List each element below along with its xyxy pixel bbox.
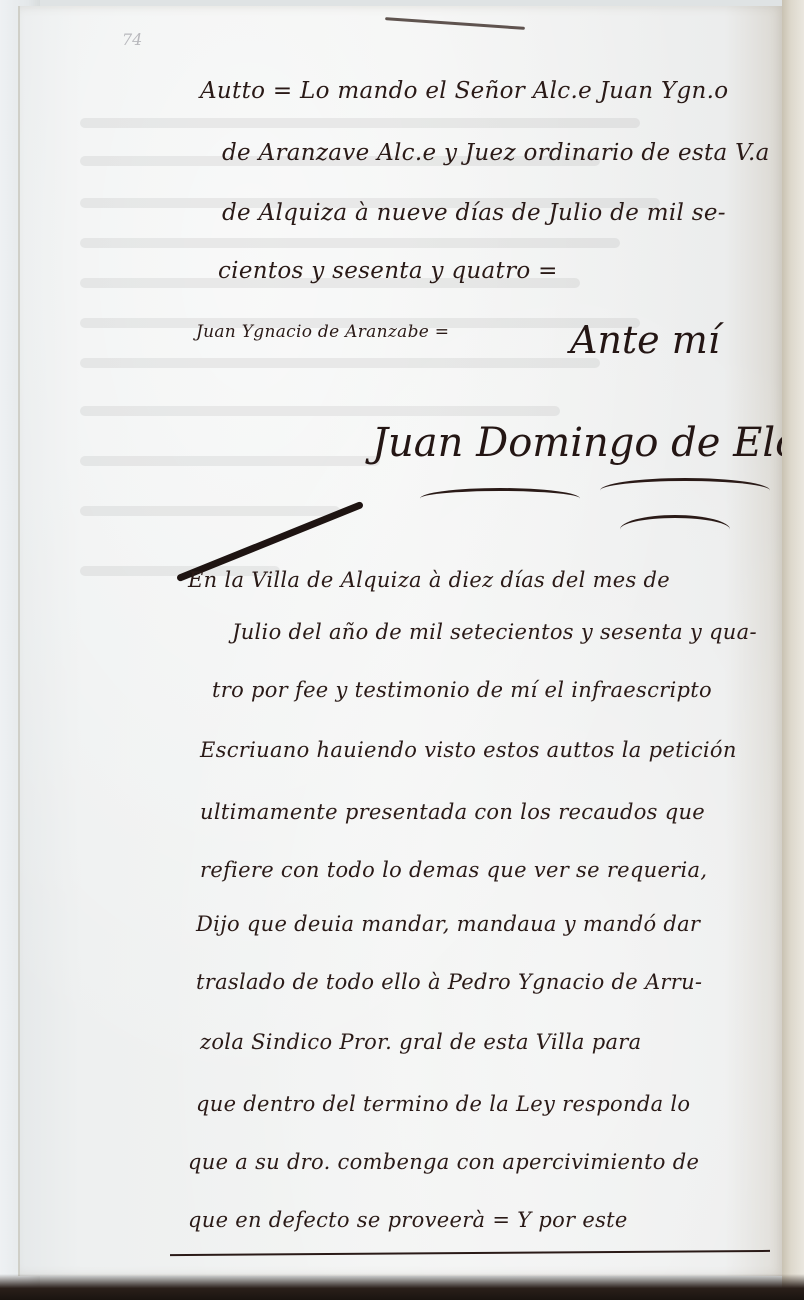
signature-flourish [420,488,580,509]
folio-number: 74 [122,30,142,49]
binding-edge [782,0,804,1300]
signature-rubric [620,515,730,544]
page-bottom-edge [0,1274,804,1300]
main-line-7: Dijo que deuia mandar, mandaua y mandó d… [196,912,700,936]
main-line-2: Julio del año de mil setecientos y sesen… [232,620,757,644]
main-line-3: tro por fee y testimonio de mí el infrae… [212,678,712,702]
main-line-1: En la Villa de Alquiza à diez días del m… [188,568,670,592]
signature-ante-mi: Ante mí [570,318,720,362]
main-line-11: que a su dro. combenga con apercivimient… [188,1150,699,1174]
main-line-6: refiere con todo lo demas que ver se req… [200,858,707,882]
signer-alcalde: Juan Ygnacio de Aranzabe = [196,322,449,342]
bleed-through-line [80,118,640,128]
auto-line-4: cientos y sesenta y quatro = [218,258,558,284]
bleed-through-line [80,406,560,416]
auto-line-3: de Alquiza à nueve días de Julio de mil … [222,200,726,226]
main-line-5: ultimamente presentada con los recaudos … [200,800,705,824]
main-line-8: traslado de todo ello à Pedro Ygnacio de… [196,970,702,994]
document-scan: 74 Autto = Lo mando el Señor Alc.e Juan … [0,0,804,1300]
bleed-through-line [80,238,620,248]
main-line-9: zola Sindico Pror. gral de esta Villa pa… [200,1030,641,1054]
notary-signature: Juan Domingo de Elola [372,420,804,466]
auto-line-2: de Aranzave Alc.e y Juez ordinario de es… [222,140,770,166]
main-line-12: que en defecto se proveerà = Y por este [188,1208,628,1232]
signature-flourish [600,478,770,503]
bleed-through-line [80,506,340,516]
main-line-10: que dentro del termino de la Ley respond… [196,1092,690,1116]
main-line-4: Escriuano hauiendo visto estos auttos la… [200,738,737,762]
auto-line-1: Autto = Lo mando el Señor Alc.e Juan Ygn… [200,78,728,104]
bleed-through-line [80,358,600,368]
bleed-through-line [80,456,380,466]
